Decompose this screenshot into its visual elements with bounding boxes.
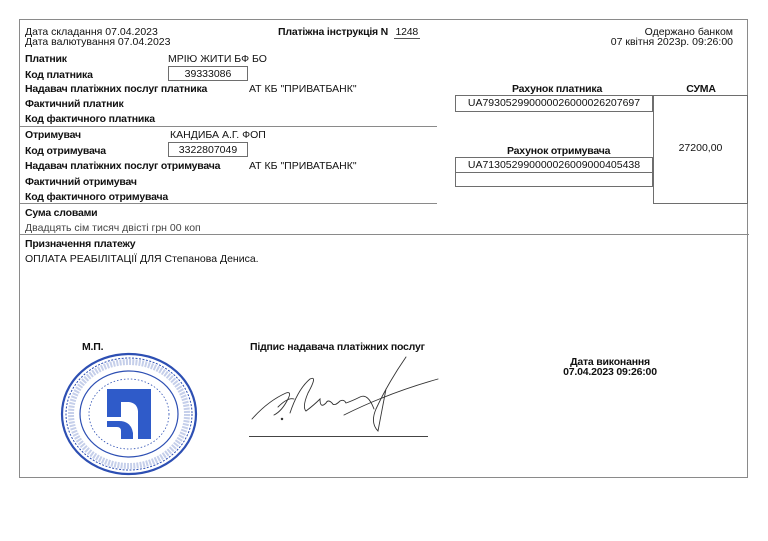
execution-datetime: 07.04.2023 09:26:00 bbox=[540, 367, 680, 378]
recipient-code-label: Код отримувача bbox=[25, 146, 106, 157]
payer-label: Платник bbox=[25, 54, 67, 65]
recipient-account-extra-box bbox=[455, 172, 653, 187]
payer-code-label: Код платника bbox=[25, 70, 93, 81]
recipient-account-label: Рахунок отримувача bbox=[507, 146, 610, 157]
amount-value: 27200,00 bbox=[679, 142, 723, 154]
signature-line bbox=[249, 436, 428, 437]
signature-label: Підпис надавача платіжних послуг bbox=[250, 342, 425, 353]
instruction-number: 1248 bbox=[394, 26, 421, 39]
amount-words-label: Сума словами bbox=[25, 208, 97, 219]
recipient-provider-label: Надавач платіжних послуг отримувача bbox=[25, 161, 220, 172]
payer-account-box: UA793052990000026000026207697 bbox=[455, 95, 653, 112]
recipient-name: КАНДИБА А.Г. ФОП bbox=[170, 130, 266, 141]
amount-box: 27200,00 bbox=[653, 95, 748, 204]
payer-name: МРІЮ ЖИТИ БФ БО bbox=[168, 54, 267, 65]
date-value: Дата валютування 07.04.2023 bbox=[25, 37, 170, 48]
purpose-text: ОПЛАТА РЕАБІЛІТАЦІЇ ДЛЯ Степанова Дениса… bbox=[25, 254, 259, 265]
payer-account-label: Рахунок платника bbox=[512, 84, 602, 95]
amount-words-divider bbox=[20, 234, 749, 235]
payment-instruction-document: Дата складання 07.04.2023 Дата валютуван… bbox=[19, 19, 748, 478]
payer-provider-label: Надавач платіжних послуг платника bbox=[25, 84, 207, 95]
actual-recipient-label: Фактичний отримувач bbox=[25, 177, 137, 188]
amount-label: СУМА bbox=[653, 84, 749, 95]
actual-payer-code-label: Код фактичного платника bbox=[25, 114, 155, 125]
purpose-label: Призначення платежу bbox=[25, 239, 135, 250]
payer-provider: АТ КБ "ПРИВАТБАНК" bbox=[249, 84, 357, 95]
recipient-label: Отримувач bbox=[25, 130, 81, 141]
recipient-account-box: UA713052990000026009000405438 bbox=[455, 157, 653, 173]
recipient-code-box: 3322807049 bbox=[168, 142, 248, 157]
received-datetime: 07 квітня 2023р. 09:26:00 bbox=[611, 37, 733, 48]
amount-words: Двадцять сім тисяч двісті грн 00 коп bbox=[25, 223, 201, 234]
handwritten-signature-icon bbox=[248, 353, 448, 435]
payer-code-box: 39333086 bbox=[168, 66, 248, 81]
actual-recipient-code-label: Код фактичного отримувача bbox=[25, 192, 168, 203]
actual-payer-label: Фактичний платник bbox=[25, 99, 124, 110]
payer-section-divider bbox=[20, 126, 437, 127]
bank-seal-icon bbox=[59, 351, 199, 476]
recipient-section-divider bbox=[20, 203, 437, 204]
recipient-provider: АТ КБ "ПРИВАТБАНК" bbox=[249, 161, 357, 172]
document-title: Платіжна інструкція N 1248 bbox=[278, 27, 420, 38]
